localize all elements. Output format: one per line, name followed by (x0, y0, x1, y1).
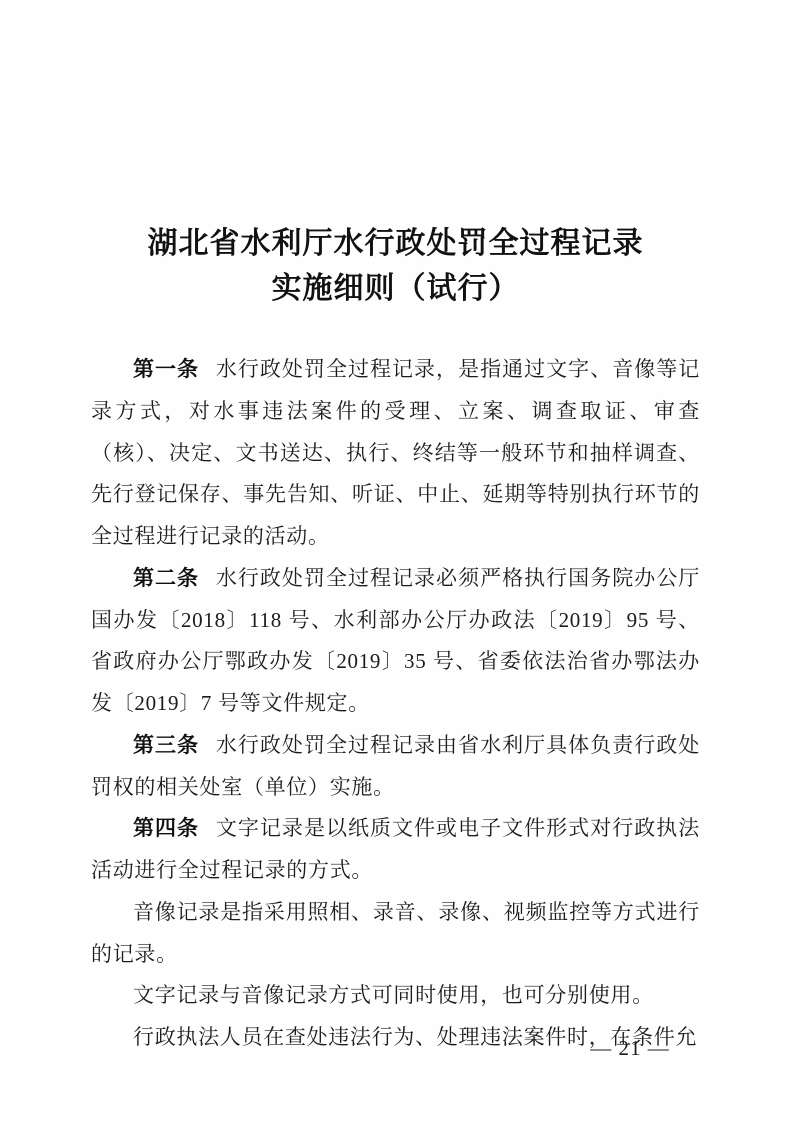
document-page: 湖北省水利厅水行政处罚全过程记录 实施细则（试行） 第一条水行政处罚全过程记录，… (0, 0, 800, 1132)
paragraph-article-1: 第一条水行政处罚全过程记录，是指通过文字、音像等记录方式，对水事违法案件的受理、… (91, 349, 700, 558)
paragraph-article-3: 第三条水行政处罚全过程记录由省水利厅具体负责行政处罚权的相关处室（单位）实施。 (91, 725, 700, 809)
page-number: — 21 — (560, 1036, 700, 1061)
document-title: 湖北省水利厅水行政处罚全过程记录 实施细则（试行） (91, 221, 700, 311)
article-4-label: 第四条 (133, 817, 199, 840)
article-2-label: 第二条 (133, 567, 199, 590)
paragraph-body-6: 文字记录与音像记录方式可同时使用，也可分别使用。 (91, 975, 700, 1017)
document-title-line1: 湖北省水利厅水行政处罚全过程记录 (148, 227, 644, 260)
article-1-label: 第一条 (133, 358, 199, 381)
paragraph-article-2: 第二条水行政处罚全过程记录必须严格执行国务院办公厅国办发〔2018〕118 号、… (91, 558, 700, 725)
paragraph-5-text: 音像记录是指采用照相、录音、录像、视频监控等方式进行的记录。 (91, 900, 700, 966)
paragraph-body-5: 音像记录是指采用照相、录音、录像、视频监控等方式进行的记录。 (91, 892, 700, 976)
document-body: 第一条水行政处罚全过程记录，是指通过文字、音像等记录方式，对水事违法案件的受理、… (91, 349, 700, 1059)
article-3-label: 第三条 (133, 734, 199, 757)
paragraph-article-4: 第四条文字记录是以纸质文件或电子文件形式对行政执法活动进行全过程记录的方式。 (91, 808, 700, 892)
document-title-line2: 实施细则（试行） (272, 272, 520, 305)
paragraph-6-text: 文字记录与音像记录方式可同时使用，也可分别使用。 (133, 983, 654, 1007)
article-1-text: 水行政处罚全过程记录，是指通过文字、音像等记录方式，对水事违法案件的受理、立案、… (91, 357, 700, 548)
